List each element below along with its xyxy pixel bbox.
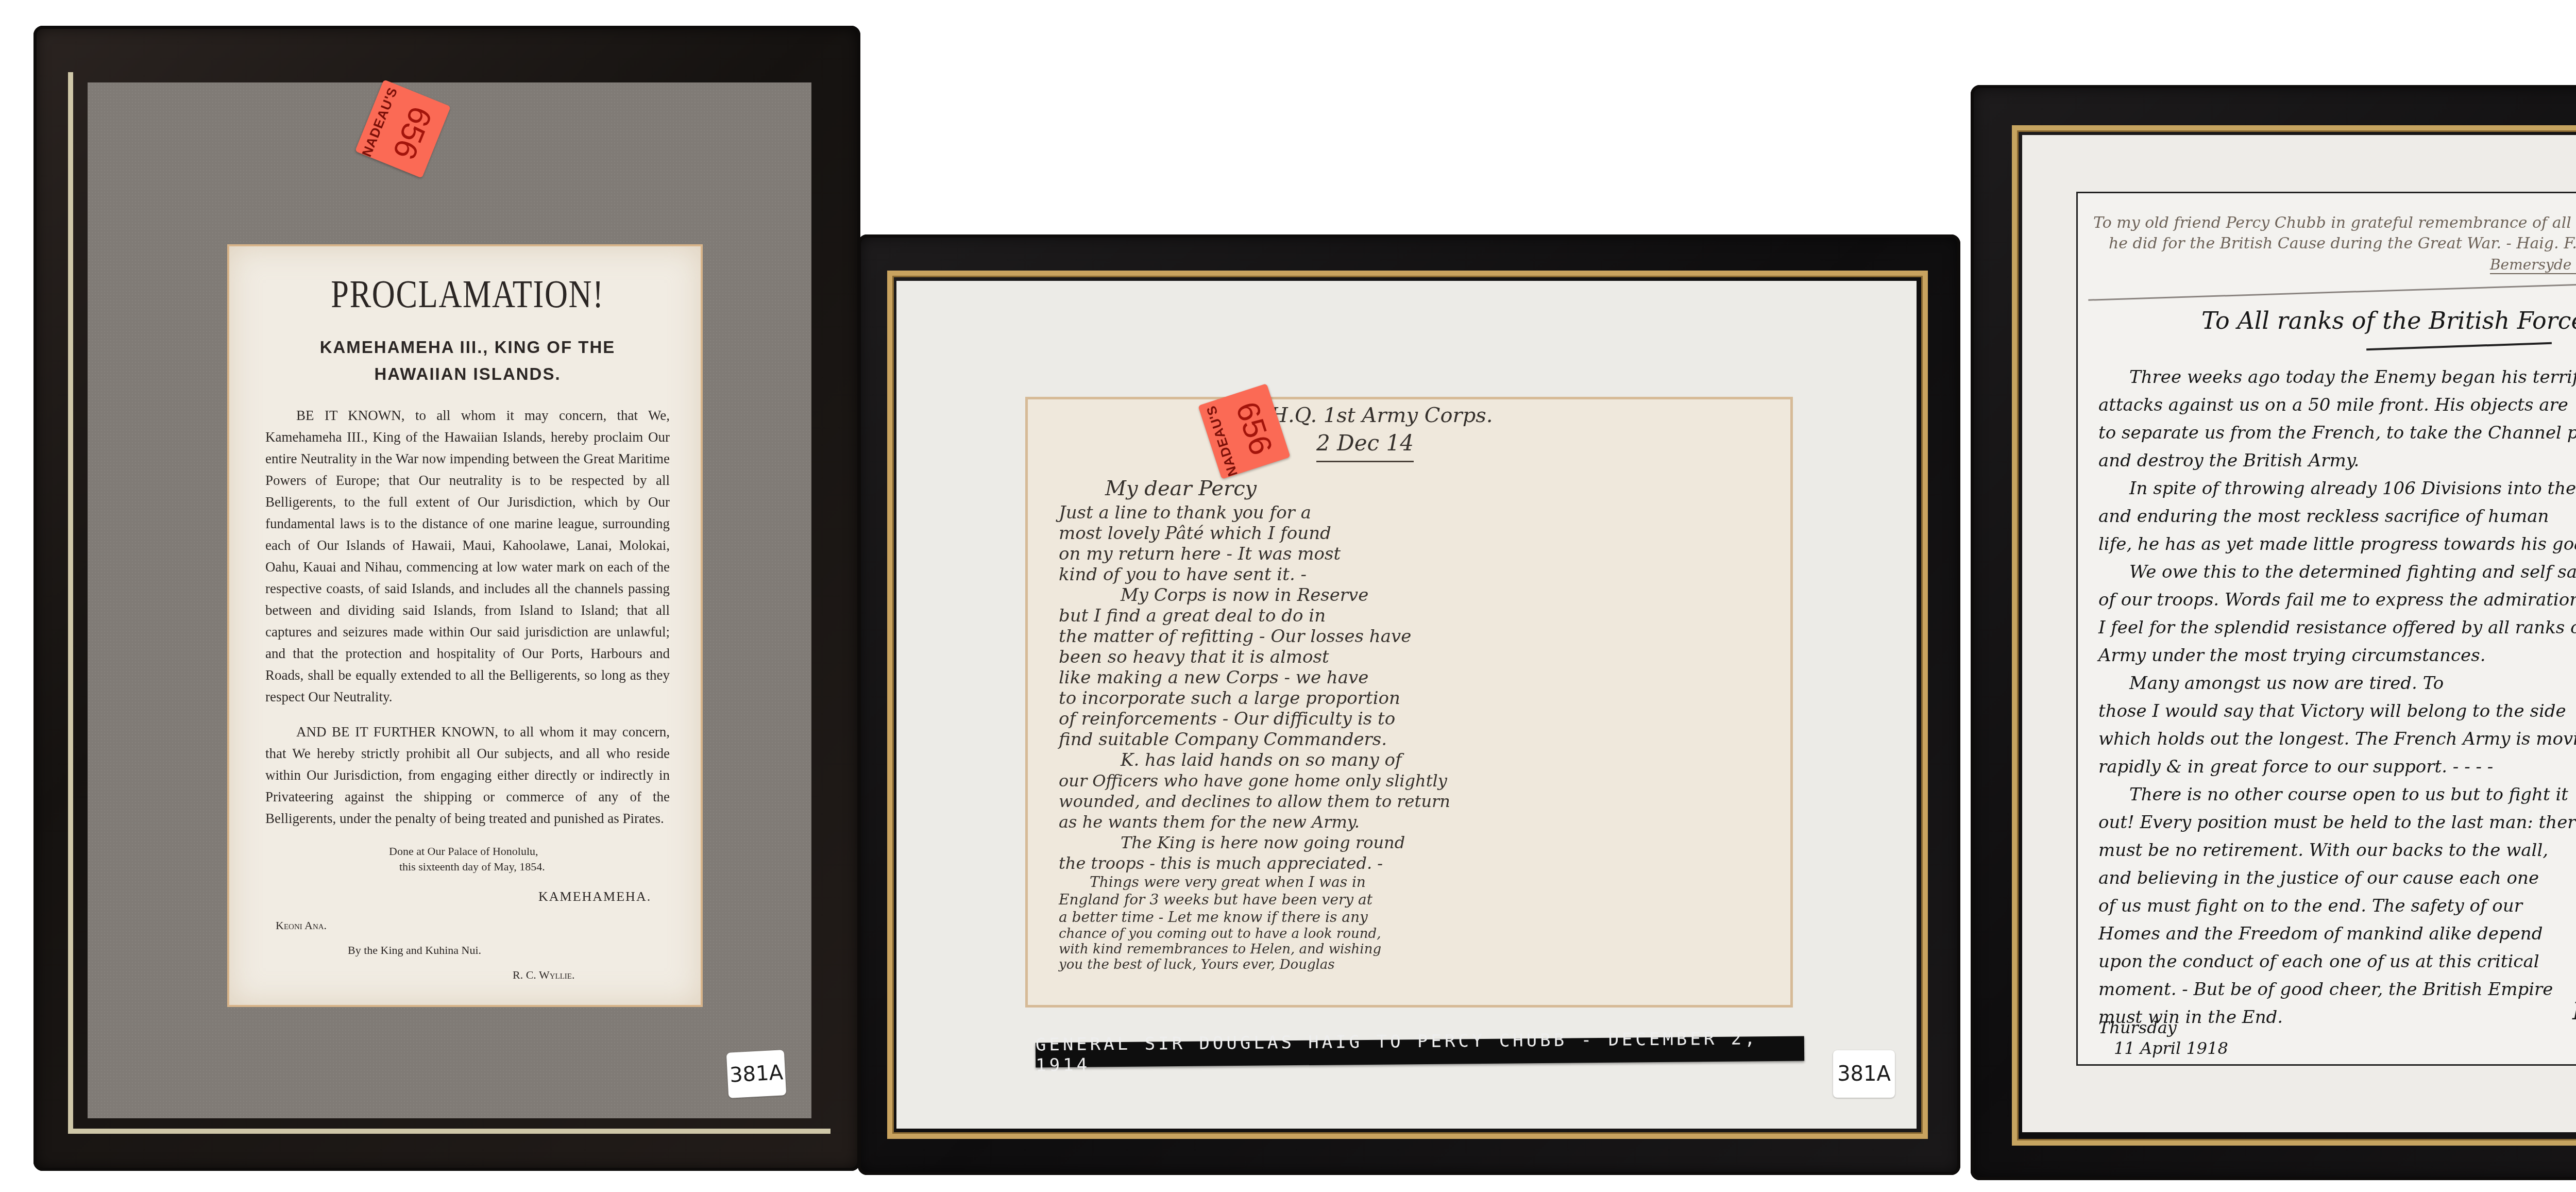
letter-line: K. has laid hands on so many of (1059, 750, 1728, 770)
letter-date-day: Thursday (2098, 1018, 2177, 1037)
letter-date-full: 11 April 1918 (2114, 1038, 2228, 1058)
dedication-place-date: Bemersyde . 26 Sept 1927 (2490, 256, 2576, 274)
letter-line: out! Every position must be held to the … (2098, 809, 2576, 836)
letter-line: chance of you coming out to have a look … (1059, 926, 1728, 942)
letter-line: must be no retirement. With our backs to… (2098, 836, 2576, 864)
letter-line: England for 3 weeks but have been very a… (1059, 891, 1728, 909)
proclamation-title: PROCLAMATION! (302, 272, 634, 317)
letter-line: the troops - this is much appreciated. - (1059, 853, 1728, 874)
letter-line: you the best of luck, Yours ever, Dougla… (1059, 957, 1728, 972)
letter-line: Homes and the Freedom of mankind alike d… (2098, 920, 2576, 948)
letter-line: like making a new Corps - we have (1059, 667, 1728, 688)
letter-line: The King is here now going round (1059, 832, 1728, 853)
letter-line: upon the conduct of each one of us at th… (2098, 948, 2576, 976)
letter-body: Three weeks ago today the Enemy began hi… (2098, 363, 2576, 1031)
letter-heading: To All ranks of the British Forces in Fr… (2201, 307, 2576, 334)
letter-line: with kind remembrances to Helen, and wis… (1059, 942, 1728, 957)
proclamation-secretary: R. C. Wyllie. (513, 968, 670, 982)
letter-line: to incorporate such a large proportion (1059, 688, 1728, 709)
letter-line: Just a line to thank you for a (1059, 502, 1728, 523)
letter-line: of us must fight on to the end. The safe… (2098, 892, 2576, 920)
haig-1914-letter: H.Q. 1st Army Corps. 2 Dec 14 My dear Pe… (1028, 399, 1790, 1005)
letter-line: wounded, and declines to allow them to r… (1059, 791, 1728, 812)
proclamation-signature: KAMEHAMEHA. (538, 889, 670, 904)
proclamation-paragraph-2: AND BE IT FURTHER KNOWN, to all whom it … (265, 721, 670, 829)
letter-line: our Officers who have gone home only sli… (1059, 770, 1728, 791)
proclamation-countersign: Keoni Ana. (276, 919, 670, 932)
letter-line: and believing in the justice of our caus… (2098, 864, 2576, 892)
letter-signature: D. Haig. F.M. (2572, 997, 2576, 1025)
letter-date: 2 Dec 14 (1316, 430, 1414, 462)
letter-line: most lovely Pâté which I found (1059, 523, 1728, 544)
letter-line: Three weeks ago today the Enemy began hi… (2098, 363, 2576, 391)
proclamation-subtitle-1: KAMEHAMEHA III., KING OF THE (265, 338, 670, 357)
letter-line: Many amongst us now are tired. To (2098, 669, 2576, 697)
letter-line: Things were very great when I was in (1059, 874, 1728, 891)
letter-salutation: My dear Percy (1105, 477, 1257, 500)
proclamation-paragraph-1: BE IT KNOWN, to all whom it may concern,… (265, 405, 670, 708)
proclamation-dated-1: Done at Our Palace of Honolulu, (389, 845, 670, 858)
letter-line: of our troops. Words fail me to express … (2098, 586, 2576, 614)
letter-line: and enduring the most reckless sacrifice… (2098, 502, 2576, 530)
letter-line: and destroy the British Army. (2098, 447, 2576, 475)
dedication-line-1: To my old friend Percy Chubb in grateful… (2093, 214, 2571, 232)
dedication-divider (2088, 278, 2576, 300)
letter-line: a better time - Let me know if there is … (1059, 909, 1728, 926)
letter-line: on my return here - It was most (1059, 544, 1728, 564)
proclamation-by-line: By the King and Kuhina Nui. (348, 944, 670, 957)
sticker-number: 656 (1228, 397, 1279, 459)
letter-line: moment. - But be of good cheer, the Brit… (2098, 976, 2576, 1003)
engraved-label-plate: GENERAL SIR DOUGLAS HAIG TO PERCY CHUBB … (1036, 1036, 1804, 1067)
letter-body: Just a line to thank you for a most love… (1059, 502, 1728, 972)
letter-line: rapidly & in great force to our support.… (2098, 753, 2576, 781)
letter-heading: H.Q. 1st Army Corps. (1270, 404, 1493, 427)
letter-line: as he wants them for the new Army. (1059, 812, 1728, 832)
proclamation-document: PROCLAMATION! KAMEHAMEHA III., KING OF T… (229, 246, 701, 1005)
letter-line: but I find a great deal to do in (1059, 606, 1728, 626)
letter-line: life, he has as yet made little progress… (2098, 530, 2576, 558)
dedication-line-2: he did for the British Cause during the … (2109, 234, 2576, 253)
letter-line: Army under the most trying circumstances… (2098, 642, 2576, 669)
letter-line: which holds out the longest. The French … (2098, 725, 2576, 753)
letter-line: to separate us from the French, to take … (2098, 419, 2576, 447)
letter-line: There is no other course open to us but … (2098, 781, 2576, 809)
letter-line: We owe this to the determined fighting a… (2098, 558, 2576, 586)
letter-line: I feel for the splendid resistance offer… (2098, 614, 2576, 642)
lot-tag-center: 381A (1833, 1050, 1895, 1098)
sticker-number: 656 (385, 101, 439, 164)
letter-line: been so heavy that it is almost (1059, 647, 1728, 667)
letter-line: In spite of throwing already 106 Divisio… (2098, 475, 2576, 502)
haig-1918-letter-box: To my old friend Percy Chubb in grateful… (2076, 192, 2576, 1066)
letter-line: of reinforcements - Our difficulty is to (1059, 709, 1728, 729)
heading-underline (2366, 342, 2552, 351)
proclamation-subtitle-2: HAWAIIAN ISLANDS. (265, 364, 670, 384)
lot-tag-left: 381A (726, 1050, 786, 1098)
letter-line: those I would say that Victory will belo… (2098, 697, 2576, 725)
proclamation-dated-2: this sixteenth day of May, 1854. (399, 860, 670, 874)
letter-line: find suitable Company Commanders. (1059, 729, 1728, 750)
letter-line: My Corps is now in Reserve (1059, 585, 1728, 606)
letter-line: the matter of refitting - Our losses hav… (1059, 626, 1728, 647)
letter-line: attacks against us on a 50 mile front. H… (2098, 391, 2576, 419)
letter-line: kind of you to have sent it. - (1059, 564, 1728, 585)
